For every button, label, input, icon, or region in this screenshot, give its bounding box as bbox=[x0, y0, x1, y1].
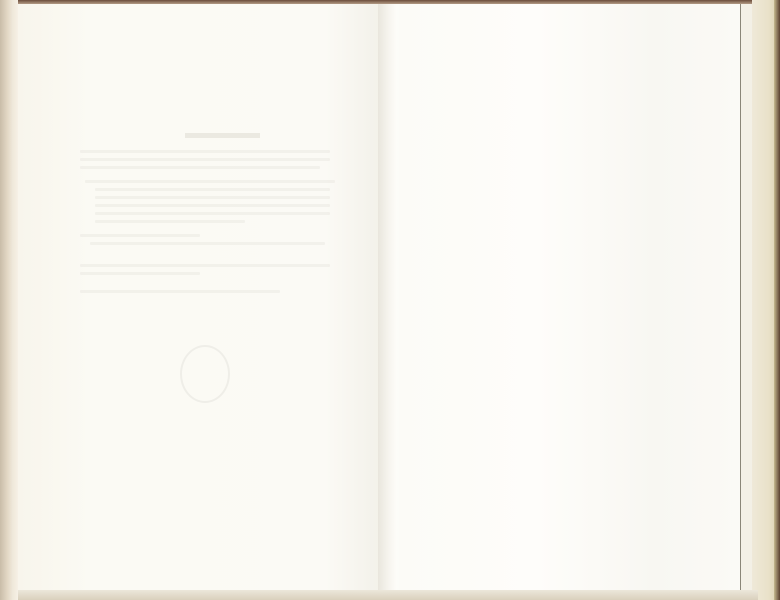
show-through-line bbox=[80, 234, 200, 237]
show-through-logo bbox=[180, 345, 230, 403]
show-through-heading bbox=[185, 133, 260, 138]
show-through-line bbox=[95, 188, 330, 191]
right-cover-shadow bbox=[774, 0, 780, 600]
show-through-line bbox=[90, 242, 325, 245]
show-through-line bbox=[95, 196, 330, 199]
bottom-page-edge bbox=[18, 590, 758, 600]
right-page bbox=[400, 4, 740, 594]
show-through-line bbox=[80, 264, 330, 267]
left-page-stack-edge bbox=[0, 0, 18, 600]
show-through-line bbox=[85, 180, 335, 183]
show-through-line bbox=[95, 212, 330, 215]
show-through-line bbox=[80, 290, 280, 293]
left-page bbox=[18, 4, 380, 594]
show-through-line bbox=[80, 272, 200, 275]
show-through-large-lettering bbox=[255, 440, 385, 486]
show-through-line bbox=[80, 166, 320, 169]
show-through-line bbox=[95, 220, 245, 223]
show-through-line bbox=[80, 158, 330, 161]
show-through-line bbox=[95, 204, 330, 207]
show-through-line bbox=[80, 150, 330, 153]
